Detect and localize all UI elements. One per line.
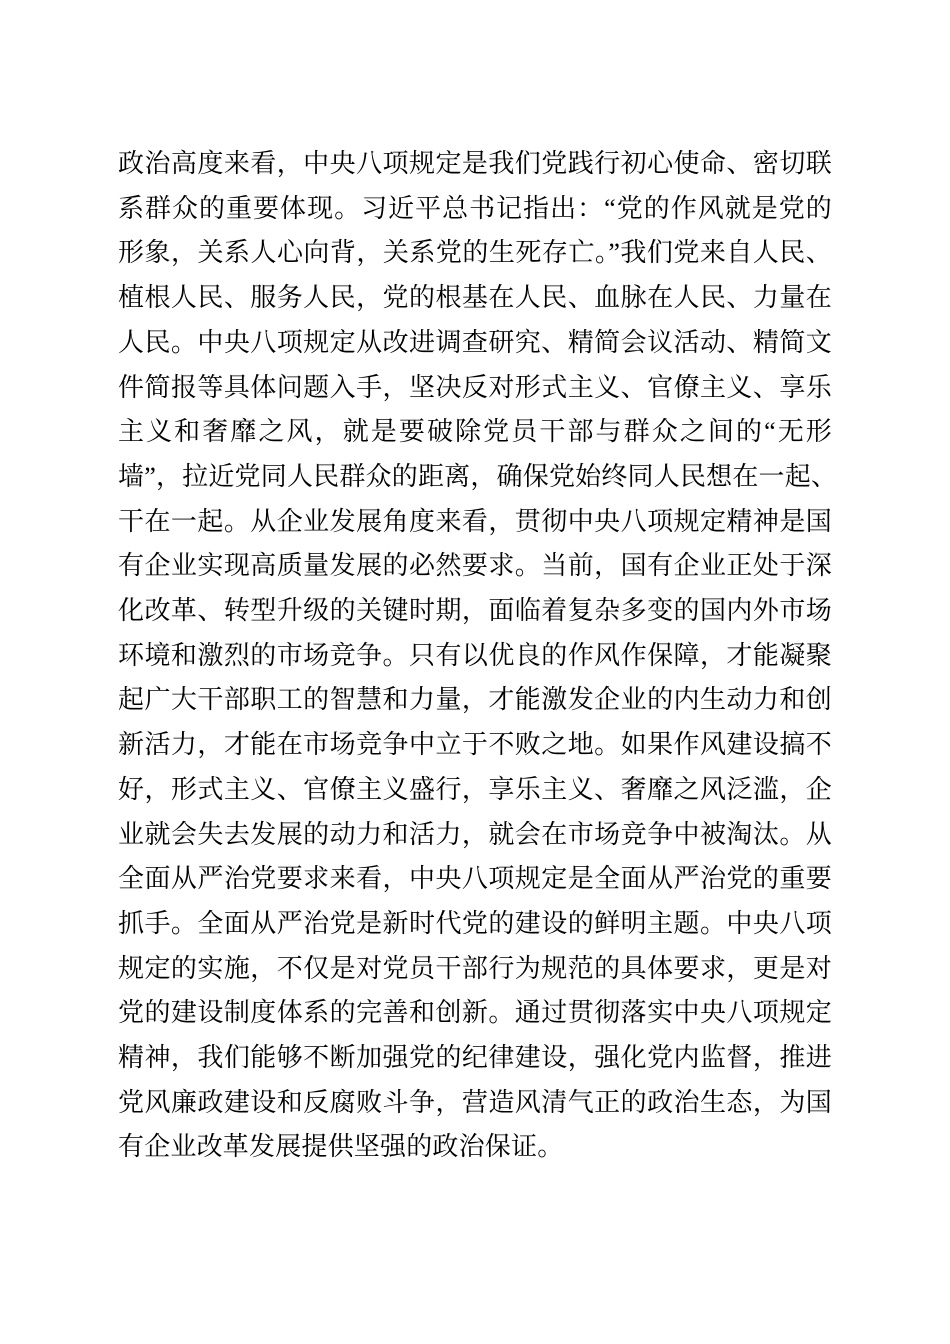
text-line: 有企业实现高质量发展的必然要求。当前，国有企业正处于深 — [118, 544, 832, 589]
text-line: 业就会失去发展的动力和活力，就会在市场竞争中被淘汰。从 — [118, 813, 832, 858]
text-line: 件简报等具体问题入手，坚决反对形式主义、官僚主义、享乐 — [118, 366, 832, 411]
text-line: 植根人民、服务人民，党的根基在人民、血脉在人民、力量在 — [118, 276, 832, 321]
text-line: 全面从严治党要求来看，中央八项规定是全面从严治党的重要 — [118, 857, 832, 902]
document-body: 政治高度来看，中央八项规定是我们党践行初心使命、密切联系群众的重要体现。习近平总… — [118, 142, 832, 1170]
text-line: 形象，关系人心向背，关系党的生死存亡。”我们党来自人民、 — [118, 231, 832, 276]
text-line: 化改革、转型升级的关键时期，面临着复杂多变的国内外市场 — [118, 589, 832, 634]
text-line: 环境和激烈的市场竞争。只有以优良的作风作保障，才能凝聚 — [118, 634, 832, 679]
text-line: 好，形式主义、官僚主义盛行，享乐主义、奢靡之风泛滥，企 — [118, 768, 832, 813]
text-line: 主义和奢靡之风，就是要破除党员干部与群众之间的“无形 — [118, 410, 832, 455]
text-line: 起广大干部职工的智慧和力量，才能激发企业的内生动力和创 — [118, 678, 832, 723]
text-line: 新活力，才能在市场竞争中立于不败之地。如果作风建设搞不 — [118, 723, 832, 768]
document-page: 政治高度来看，中央八项规定是我们党践行初心使命、密切联系群众的重要体现。习近平总… — [0, 0, 950, 1344]
text-line: 抓手。全面从严治党是新时代党的建设的鲜明主题。中央八项 — [118, 902, 832, 947]
text-line: 精神，我们能够不断加强党的纪律建设，强化党内监督，推进 — [118, 1036, 832, 1081]
text-line: 干在一起。从企业发展角度来看，贯彻中央八项规定精神是国 — [118, 500, 832, 545]
text-line: 有企业改革发展提供坚强的政治保证。 — [118, 1125, 832, 1170]
text-line: 系群众的重要体现。习近平总书记指出：“党的作风就是党的 — [118, 187, 832, 232]
text-line: 人民。中央八项规定从改进调查研究、精简会议活动、精简文 — [118, 321, 832, 366]
text-line: 党的建设制度体系的完善和创新。通过贯彻落实中央八项规定 — [118, 991, 832, 1036]
text-line: 政治高度来看，中央八项规定是我们党践行初心使命、密切联 — [118, 142, 832, 187]
text-line: 规定的实施，不仅是对党员干部行为规范的具体要求，更是对 — [118, 947, 832, 992]
text-line: 党风廉政建设和反腐败斗争，营造风清气正的政治生态，为国 — [118, 1081, 832, 1126]
text-line: 墙”，拉近党同人民群众的距离，确保党始终同人民想在一起、 — [118, 455, 832, 500]
